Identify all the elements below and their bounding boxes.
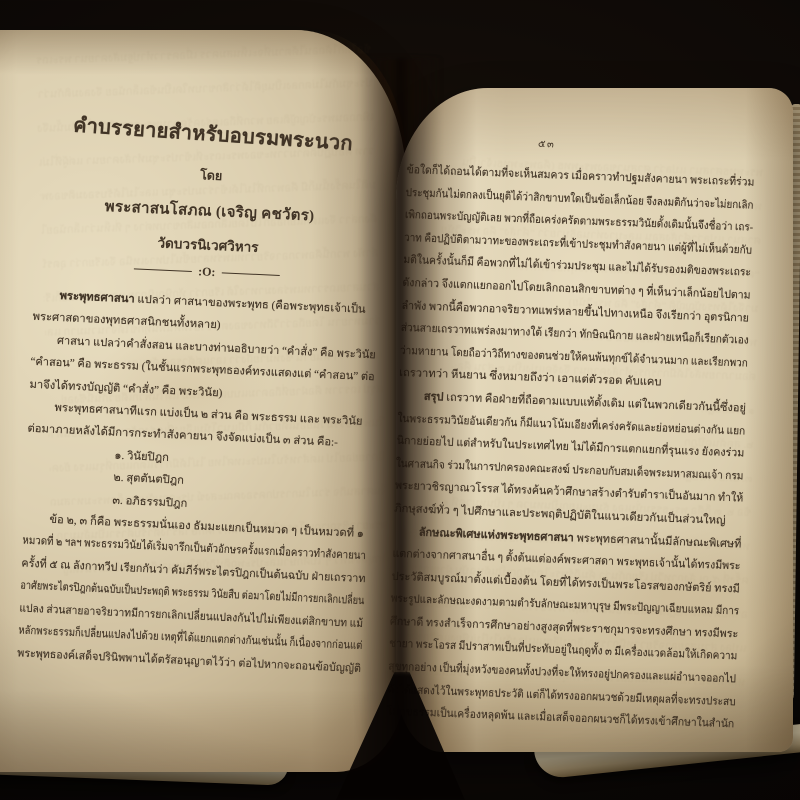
left-page-body: พระพุทธศาสนา แปลว่า ศาสนาของพระพุทธ (คือ… <box>17 284 378 680</box>
byline: โดย <box>39 158 384 194</box>
right-page-body: ข้อใดก็ได้ถอนได้ตามที่จะเห็นสมควร เมื่อค… <box>386 159 754 736</box>
ornament-divider: :O: <box>35 257 379 288</box>
author-name: พระสาสนโสภณ (เจริญ คชวัตร) <box>37 191 382 231</box>
bold-lead-in: พระพุทธศาสนา <box>59 290 135 305</box>
open-book-photo: ข้อใดก็ได้ถอนได้ตามที่จะเห็นสมควร เมื่อค… <box>0 0 800 800</box>
right-page-text: ๕๓ ข้อใดก็ได้ถอนได้ตามที่จะเห็นสมควร เมื… <box>386 132 755 736</box>
divider-mark: :O: <box>198 264 216 280</box>
divider-rule <box>221 272 279 276</box>
temple-name: วัดบวรนิเวศวิหาร <box>36 226 381 264</box>
bold-lead-in: สรุป <box>424 391 444 404</box>
bold-lead-in: ลักษณะพิเศษแห่งพระพุทธศาสนา <box>419 526 574 544</box>
left-page-text: คำบรรยายสำหรับอบรมพระนวก โดย พระสาสนโสภณ… <box>17 110 386 680</box>
divider-rule <box>134 268 192 272</box>
